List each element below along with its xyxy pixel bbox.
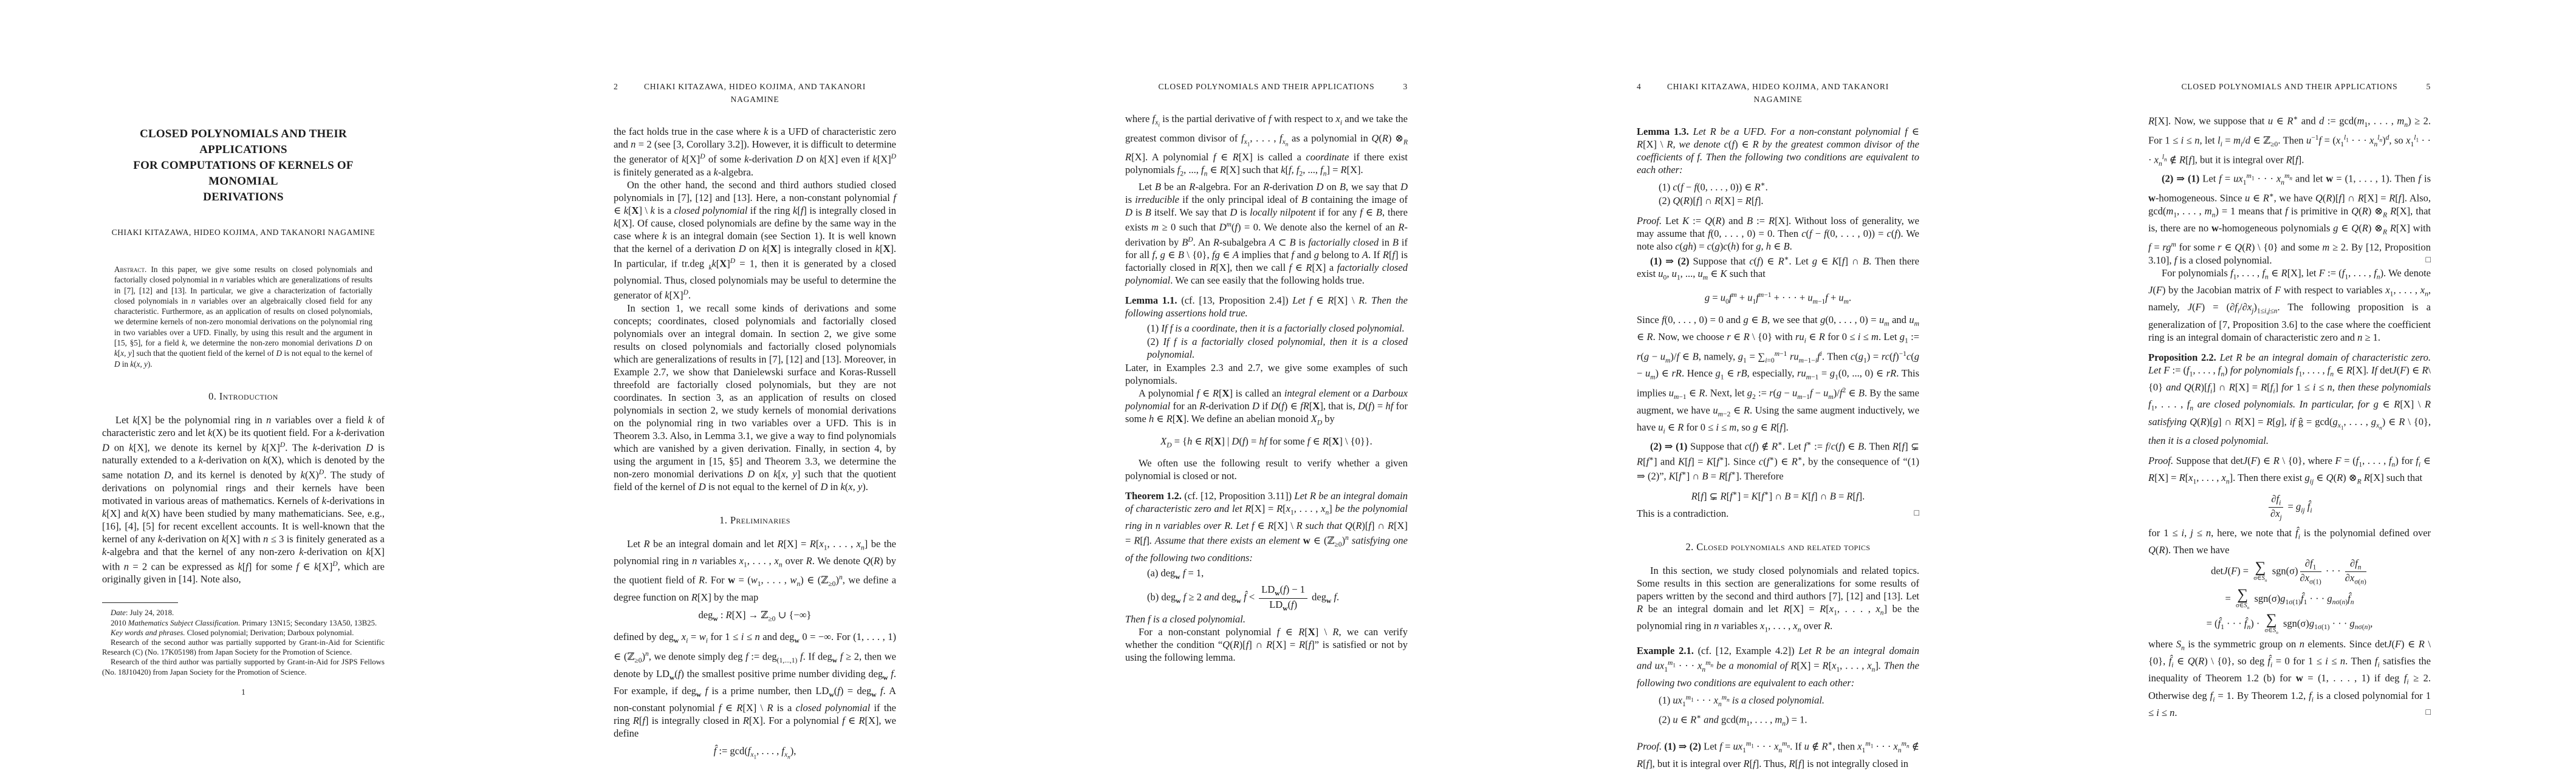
running-title: CHIAKI KITAZAWA, HIDEO KOJIMA, AND TAKAN… (642, 80, 868, 106)
block-item: (1) If f is a coordinate, then it is a f… (1147, 322, 1408, 335)
block-item: (1) c(f − f(0, . . . , 0)) ∈ R∗. (1659, 179, 1919, 194)
page-4-column: 4CHIAKI KITAZAWA, HIDEO KOJIMA, AND TAKA… (1637, 80, 1919, 729)
block-para: In this section, we study closed polynom… (1637, 564, 1919, 637)
running-page-number-left (2148, 80, 2176, 93)
block-item: (a) degw f = 1, (1147, 567, 1408, 584)
block-item: (1) ux1m1 · · · xnmn is a closed polynom… (1659, 692, 1919, 711)
block-proof: Proof. Suppose that detJ(F) ∈ R \ {0}, w… (2148, 454, 2431, 489)
block-footnote: 2010 Mathematics Subject Classification.… (102, 618, 385, 628)
footnote-rule (102, 602, 178, 603)
block-eqline: detJ(F) = ∑σ∈Sn sgn(σ)∂f1∂xσ(1) · · · ∂f… (2148, 558, 2431, 586)
theorem-1-2: Theorem 1.2. (cf. [12, Proposition 3.11]… (1125, 489, 1408, 564)
block-item: (b) degw f ≥ 2 and degw f̂ < LDw(f) − 1L… (1147, 584, 1408, 612)
page-5: CLOSED POLYNOMIALS AND THEIR APPLICATION… (2061, 0, 2576, 729)
page-2-column: 2CHIAKI KITAZAWA, HIDEO KOJIMA, AND TAKA… (614, 80, 896, 729)
running-page-number-right: 5 (2403, 80, 2431, 93)
running-head: 2CHIAKI KITAZAWA, HIDEO KOJIMA, AND TAKA… (614, 80, 896, 106)
block-para: Later, in Examples 2.3 and 2.7, we give … (1125, 361, 1408, 387)
block-item: (2) If f is a factorially closed polynom… (1147, 335, 1408, 361)
running-title: CHIAKI KITAZAWA, HIDEO KOJIMA, AND TAKAN… (1665, 80, 1891, 106)
section-0-introduction: 0. Introduction (102, 390, 385, 403)
block-para: This is a contradiction. □ (1637, 507, 1919, 520)
block-para: for 1 ≤ i, j ≤ n, here, we note that f̂i… (2148, 526, 2431, 556)
lemma-1-3: Lemma 1.3. Let R be a UFD. For a non-con… (1637, 125, 1919, 176)
block-para: the fact holds true in the case where k … (614, 125, 896, 179)
page-3: CLOSED POLYNOMIALS AND THEIR APPLICATION… (1030, 0, 1546, 729)
block-display: R[f] ⊊ R[f∗] = K[f∗] ∩ B = K[f] ∩ B = R[… (1637, 488, 1919, 503)
block-para: defined by degw xi = wi for 1 ≤ i ≤ n an… (614, 630, 896, 729)
running-page-number-right: 3 (1380, 80, 1408, 93)
block-para: We often use the following result to ver… (1125, 457, 1408, 482)
running-page-number-right (1891, 80, 1919, 106)
block-para: Then f is a closed polynomial. (1125, 613, 1408, 625)
paper-authors: CHIAKI KITAZAWA, HIDEO KOJIMA, AND TAKAN… (102, 226, 385, 239)
running-head: CLOSED POLYNOMIALS AND THEIR APPLICATION… (1125, 80, 1408, 93)
section-2-closed-polynomials: 2. Closed polynomials and related topics (1637, 540, 1919, 553)
page-4: 4CHIAKI KITAZAWA, HIDEO KOJIMA, AND TAKA… (1546, 0, 2061, 729)
block-proof: Proof. Let K := Q(R) and B := R[X]. With… (1637, 214, 1919, 253)
block-para: Let R be an integral domain and let R[X]… (614, 537, 896, 604)
block-para: On the other hand, the second and third … (614, 179, 896, 302)
running-page-number-left: 2 (614, 80, 642, 106)
running-page-number-left (1125, 80, 1153, 93)
page-1-column: CLOSED POLYNOMIALS AND THEIR APPLICATION… (102, 126, 385, 698)
lemma-1-1: Lemma 1.1. (cf. [13, Proposition 2.4]) L… (1125, 294, 1408, 319)
block-display: g = u0fm + u1fm−1 + · · · + um−1f + um. (1637, 289, 1919, 308)
block-item: (2) Q(R)[f] ∩ R[X] = R[f]. (1659, 194, 1919, 207)
block-footnote: Research of the third author was partial… (102, 657, 385, 676)
block-footnote: Date: July 24, 2018. (102, 608, 385, 618)
block-display: degw : R[X] → ℤ≥0 ∪ {−∞} (614, 608, 896, 625)
block-para: Let B be an R-algebra. For an R-derivati… (1125, 180, 1408, 287)
block-para: R[X]. Now, we suppose that u ∈ R∗ and d … (2148, 112, 2431, 170)
running-title: CLOSED POLYNOMIALS AND THEIR APPLICATION… (1153, 80, 1380, 93)
running-title: CLOSED POLYNOMIALS AND THEIR APPLICATION… (2176, 80, 2403, 93)
block-footnote: Research of the second author was partia… (102, 638, 385, 657)
page-number: 1 (102, 686, 385, 698)
block-para: For a non-constant polynomial f ∈ R[X] \… (1125, 625, 1408, 664)
block-para: (2) ⇒ (1) Suppose that c(f) ∉ R∗. Let f∗… (1637, 438, 1919, 483)
running-page-number-right (868, 80, 896, 106)
block-para: (1) ⇒ (2) Suppose that c(f) ∈ R∗. Let g … (1637, 253, 1919, 285)
abstract: Abstract. In this paper, we give some re… (114, 264, 372, 369)
block-eqline: = ∑σ∈Sn sgn(σ)g1σ(1)f̂1 · · · gnσ(n)f̂n (2148, 588, 2431, 611)
block-para: Let k[X] be the polynomial ring in n var… (102, 414, 385, 586)
page-2: 2CHIAKI KITAZAWA, HIDEO KOJIMA, AND TAKA… (515, 0, 1030, 729)
paper-title: CLOSED POLYNOMIALS AND THEIR APPLICATION… (102, 126, 385, 205)
block-footnote: Key words and phrases. Closed polynomial… (102, 628, 385, 638)
document-canvas: { "arxiv_label": "arXiv:1807.09105v1 [ma… (0, 0, 2576, 729)
running-head: CLOSED POLYNOMIALS AND THEIR APPLICATION… (2148, 80, 2431, 93)
block-para: where fxi is the partial derivative of f… (1125, 112, 1408, 180)
block-item: (2) u ∈ R∗ and gcd(m1, . . . , mn) = 1. (1659, 711, 1919, 729)
proposition-2-2: Proposition 2.2. Let R be an integral do… (2148, 351, 2431, 447)
block-para: A polynomial f ∈ R[X] is called an integ… (1125, 387, 1408, 429)
block-para: In section 1, we recall some kinds of de… (614, 302, 896, 493)
example-2-1: Example 2.1. (cf. [12, Example 4.2]) Let… (1637, 644, 1919, 689)
page-3-column: CLOSED POLYNOMIALS AND THEIR APPLICATION… (1125, 80, 1408, 664)
running-page-number-left: 4 (1637, 80, 1665, 106)
section-1-preliminaries: 1. Preliminaries (614, 514, 896, 526)
block-para: where Sn is the symmetric group on n ele… (2148, 638, 2431, 719)
block-display: XD = {h ∈ R[X] | D(f) = hf for some f ∈ … (1125, 435, 1408, 452)
page-5-column: CLOSED POLYNOMIALS AND THEIR APPLICATION… (2148, 80, 2431, 719)
block-eqline: = (f̂1 · · · f̂n) · ∑σ∈Sn sgn(σ)g1σ(1) ·… (2148, 613, 2431, 636)
running-head: 4CHIAKI KITAZAWA, HIDEO KOJIMA, AND TAKA… (1637, 80, 1919, 106)
block-para: Since f(0, . . . , 0) = 0 and g ∈ B, we … (1637, 313, 1919, 438)
block-display: ∂fi∂xj = gij f̂i (2148, 494, 2431, 522)
block-para: For polynomials f1, . . . , fn ∈ R[X], l… (2148, 267, 2431, 344)
block-para: (2) ⇒ (1) Let f = ux1m1 · · · xnmn and l… (2148, 170, 2431, 266)
page-1: CLOSED POLYNOMIALS AND THEIR APPLICATION… (0, 0, 515, 729)
